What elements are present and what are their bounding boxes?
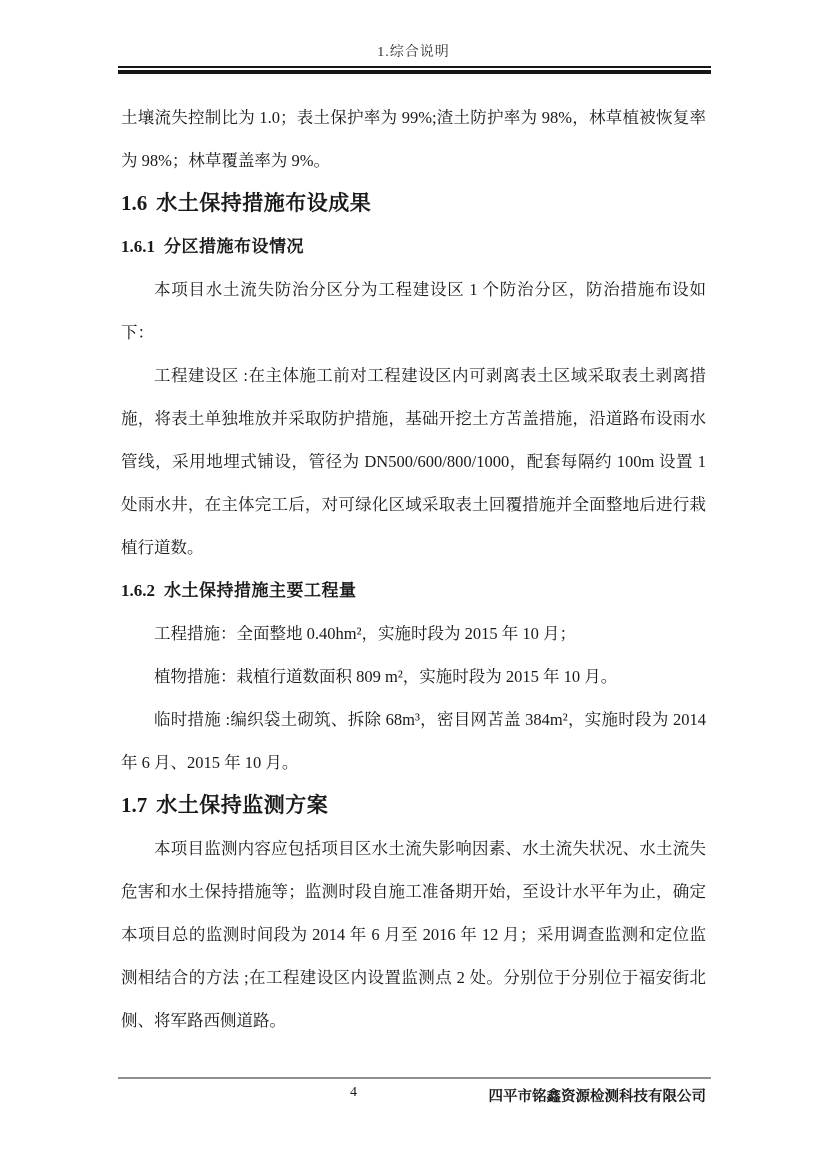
paragraph-temporary-measures: 临时措施 :编织袋土砌筑、拆除 68m³，密目网苫盖 384m²，实施时段为 2…	[121, 698, 706, 784]
heading-1-6-2: 1.6.2水土保持措施主要工程量	[121, 569, 706, 612]
heading-1-6-1: 1.6.1分区措施布设情况	[121, 225, 706, 268]
heading-1-6-title: 水土保持措施布设成果	[156, 192, 371, 215]
heading-1-7: 1.7水土保持监测方案	[121, 784, 706, 827]
running-header-title: 1.综合说明	[0, 44, 827, 62]
header-rule	[118, 66, 711, 74]
paragraph-plant-measures: 植物措施：栽植行道数面积 809 m²，实施时段为 2015 年 10 月。	[121, 655, 706, 698]
heading-1-6-1-number: 1.6.1	[121, 237, 155, 256]
heading-1-6: 1.6水土保持措施布设成果	[121, 182, 706, 225]
paragraph-monitoring-plan: 本项目监测内容应包括项目区水土流失影响因素、水土流失状况、水土流失危害和水土保持…	[121, 827, 706, 1042]
footer: 4 四平市铭鑫资源检测科技有限公司	[121, 1085, 706, 1107]
heading-1-6-1-title: 分区措施布设情况	[164, 237, 304, 256]
paragraph-construction-zone-measures: 工程建设区 :在主体施工前对工程建设区内可剥离表土区域采取表土剥离措施，将表土单…	[121, 354, 706, 569]
paragraph-soil-loss-ratios: 土壤流失控制比为 1.0；表土保护率为 99%;渣土防护率为 98%，林草植被恢…	[121, 96, 706, 182]
document-page: 1.综合说明 土壤流失控制比为 1.0；表土保护率为 99%;渣土防护率为 98…	[0, 0, 827, 1169]
heading-1-7-title: 水土保持监测方案	[156, 794, 328, 817]
heading-1-6-number: 1.6	[121, 191, 147, 215]
header-rule-thick-line	[118, 70, 711, 74]
document-body: 土壤流失控制比为 1.0；表土保护率为 99%;渣土防护率为 98%，林草植被恢…	[121, 96, 706, 1042]
paragraph-zoning: 本项目水土流失防治分区分为工程建设区 1 个防治分区，防治措施布设如下：	[121, 268, 706, 354]
heading-1-6-2-number: 1.6.2	[121, 581, 155, 600]
heading-1-6-2-title: 水土保持措施主要工程量	[164, 581, 357, 600]
heading-1-7-number: 1.7	[121, 793, 147, 817]
paragraph-engineering-measures: 工程措施：全面整地 0.40hm²，实施时段为 2015 年 10 月；	[121, 612, 706, 655]
footer-company-name: 四平市铭鑫资源检测科技有限公司	[489, 1085, 707, 1106]
footer-rule	[118, 1077, 711, 1079]
